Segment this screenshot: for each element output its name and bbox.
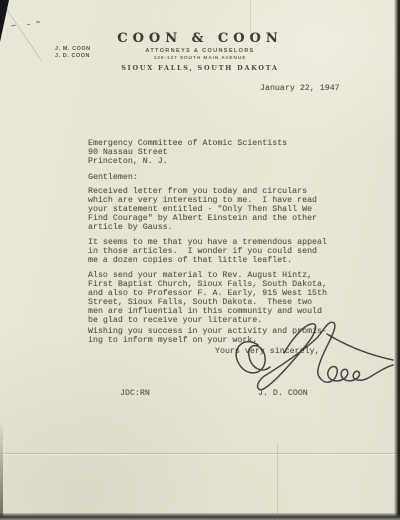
recipient-address: Emergency Committee of Atomic Scientists… xyxy=(88,139,287,166)
recipient-line: Princeton, N. J. xyxy=(88,157,287,166)
pencil-mark xyxy=(11,25,16,27)
body-paragraph: It seems to me that you have a tremendou… xyxy=(88,238,327,265)
body-line: First Baptist Church, Sioux Falls, South… xyxy=(88,280,327,289)
body-line: Find Courage" by Albert Einstein and the… xyxy=(88,214,317,223)
body-line: It seems to me that you have a tremendou… xyxy=(88,238,327,247)
body-line: article by Gauss. xyxy=(88,223,317,232)
pencil-mark xyxy=(36,21,40,23)
scan-edge-bottom xyxy=(0,513,400,520)
firm-street-address: 125-127 SOUTH MAIN AVENUE xyxy=(0,56,400,61)
reference-initials: JDC:RN xyxy=(120,389,150,398)
salutation: Gentlemen: xyxy=(88,173,138,182)
firm-tagline: ATTORNEYS & COUNSELORS xyxy=(0,48,400,54)
body-line: me a dozen copies of that little leaflet… xyxy=(88,256,327,265)
fold-crease-vertical-top xyxy=(250,0,251,38)
recipient-line: Emergency Committee of Atomic Scientists xyxy=(88,139,287,148)
fold-crease-vertical xyxy=(277,444,278,514)
body-line: Street, Sioux Falls, South Dakota. These… xyxy=(88,298,327,307)
body-line: men are influential in this community an… xyxy=(88,307,327,316)
body-paragraph: Received letter from you today and circu… xyxy=(88,187,317,232)
body-line: Also send your material to Rev. August H… xyxy=(88,271,327,280)
scan-edge-right xyxy=(394,0,400,520)
recipient-line: 90 Nassau Street xyxy=(88,148,287,157)
firm-name: COON & COON xyxy=(0,31,400,46)
pencil-mark xyxy=(27,24,30,25)
handwritten-signature-icon xyxy=(224,317,396,399)
body-line: which are very interesting to me. I have… xyxy=(88,196,317,205)
scanned-letter-page: J. M. COON J. D. COON COON & COON ATTORN… xyxy=(0,0,400,520)
letter-date: January 22, 1947 xyxy=(260,84,340,93)
fold-crease-horizontal xyxy=(4,453,396,454)
body-line: Received letter from you today and circu… xyxy=(88,187,317,196)
firm-city-line: SIOUX FALLS, SOUTH DAKOTA xyxy=(0,64,400,72)
body-line: in those articles. I wonder if you could… xyxy=(88,247,327,256)
typed-signer-name: J. D. COON xyxy=(258,389,308,398)
body-line: your statement entitled - "Only Then Sha… xyxy=(88,205,317,214)
scan-edge-left xyxy=(0,420,3,520)
body-line: and also to Professor F. A. Early, 915 W… xyxy=(88,289,327,298)
